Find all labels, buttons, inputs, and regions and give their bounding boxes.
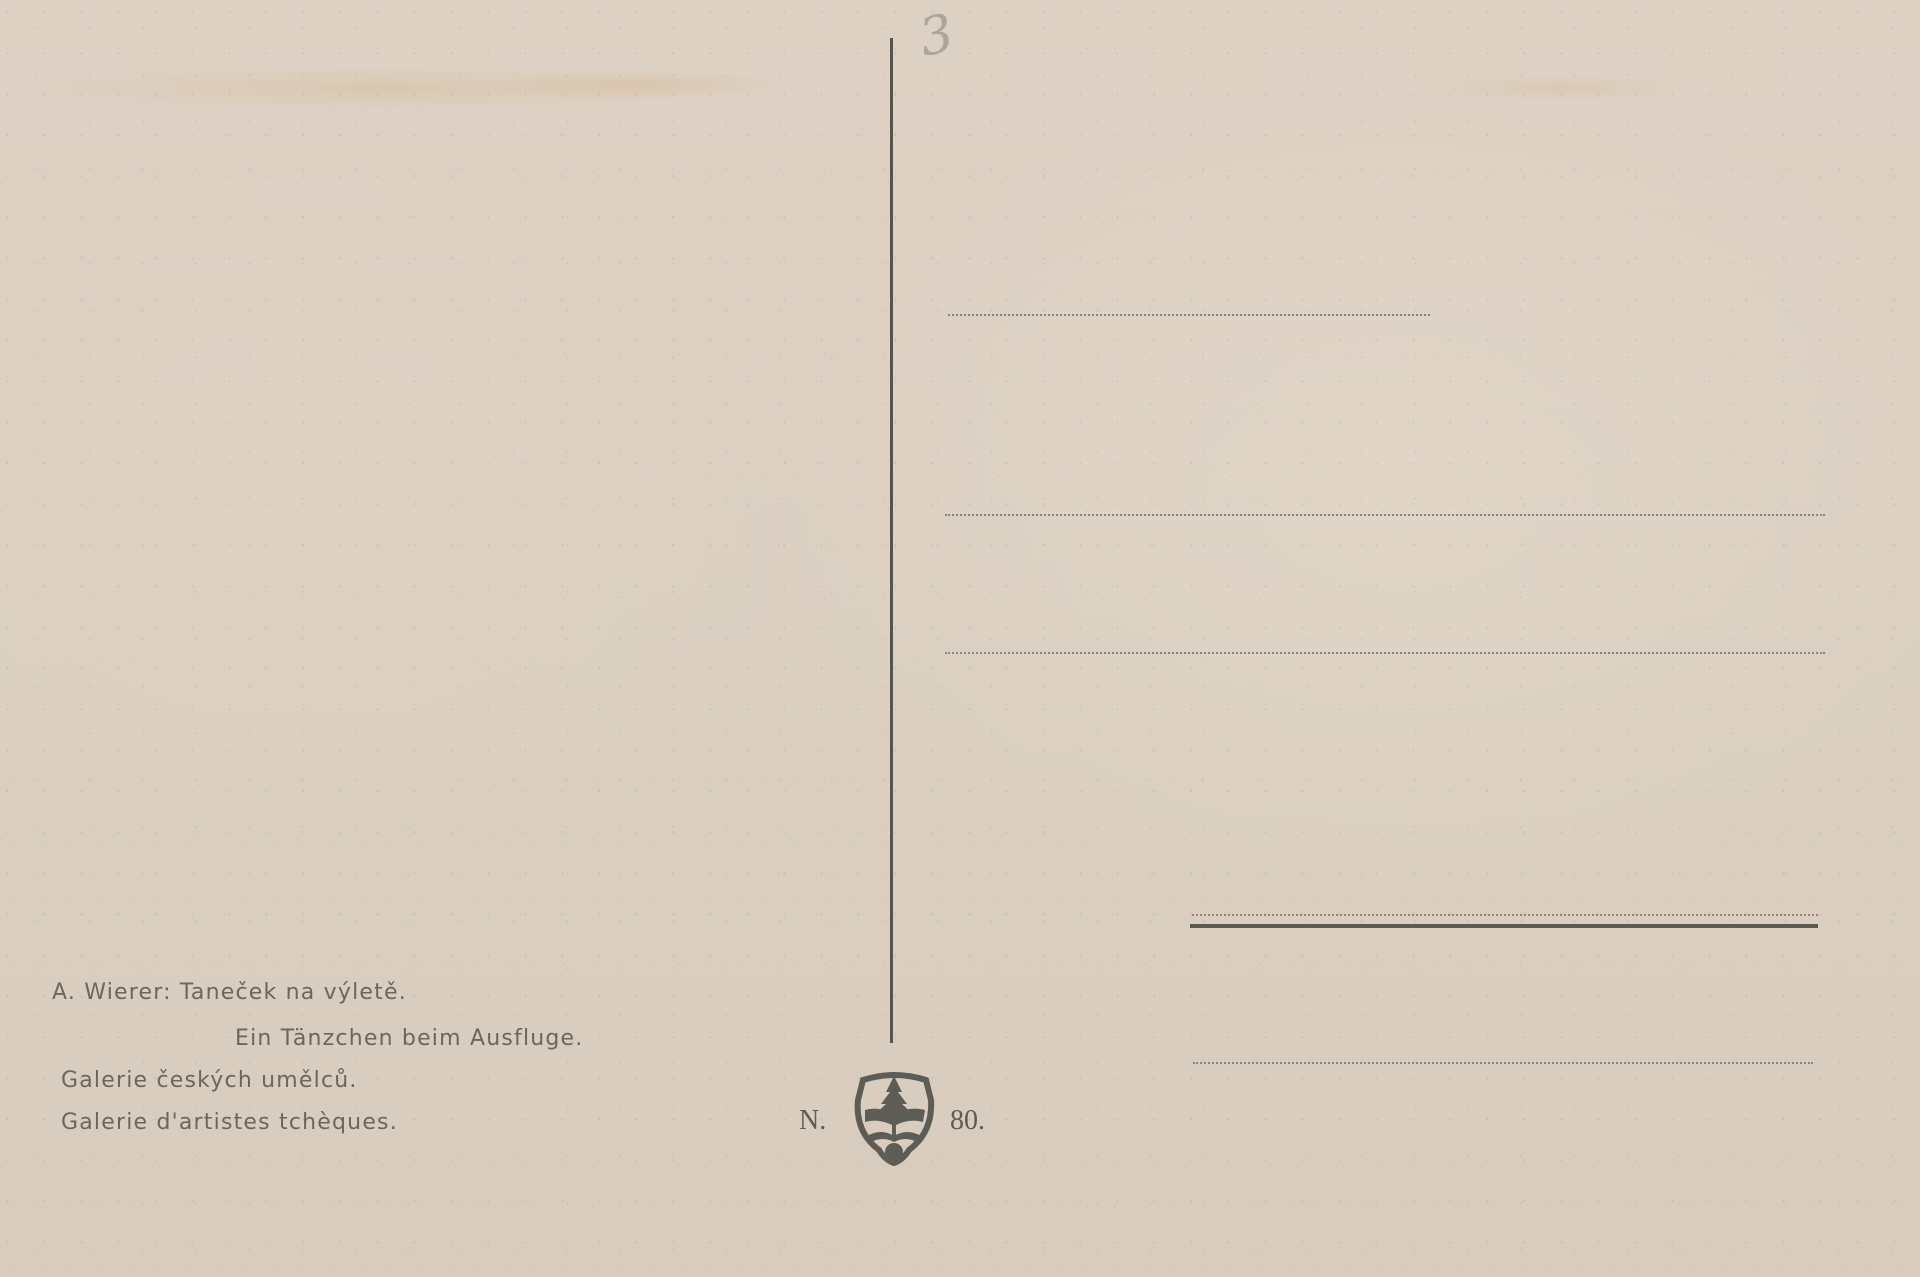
caption-gallery-czech: Galerie českých umělců. (61, 1068, 358, 1093)
postcard-back: 3 A. Wierer: Taneček na výletě. Ein Tänz… (0, 0, 1920, 1277)
address-underline (1190, 924, 1818, 928)
caption-title-german: Ein Tänzchen beim Ausfluge. (235, 1026, 584, 1051)
serial-prefix: N. (799, 1105, 826, 1137)
serial-number: 80. (950, 1105, 985, 1137)
center-divider-line (890, 38, 893, 1043)
address-line-3 (945, 652, 1825, 654)
address-line-1 (948, 314, 1430, 316)
caption-title-czech: A. Wierer: Taneček na výletě. (52, 980, 407, 1005)
address-line-5 (1193, 1062, 1813, 1064)
caption-gallery-french: Galerie d'artistes tchèques. (61, 1110, 398, 1135)
address-line-2 (945, 514, 1825, 516)
tree-shield-emblem-icon (853, 1070, 936, 1166)
address-line-4 (1192, 914, 1818, 916)
